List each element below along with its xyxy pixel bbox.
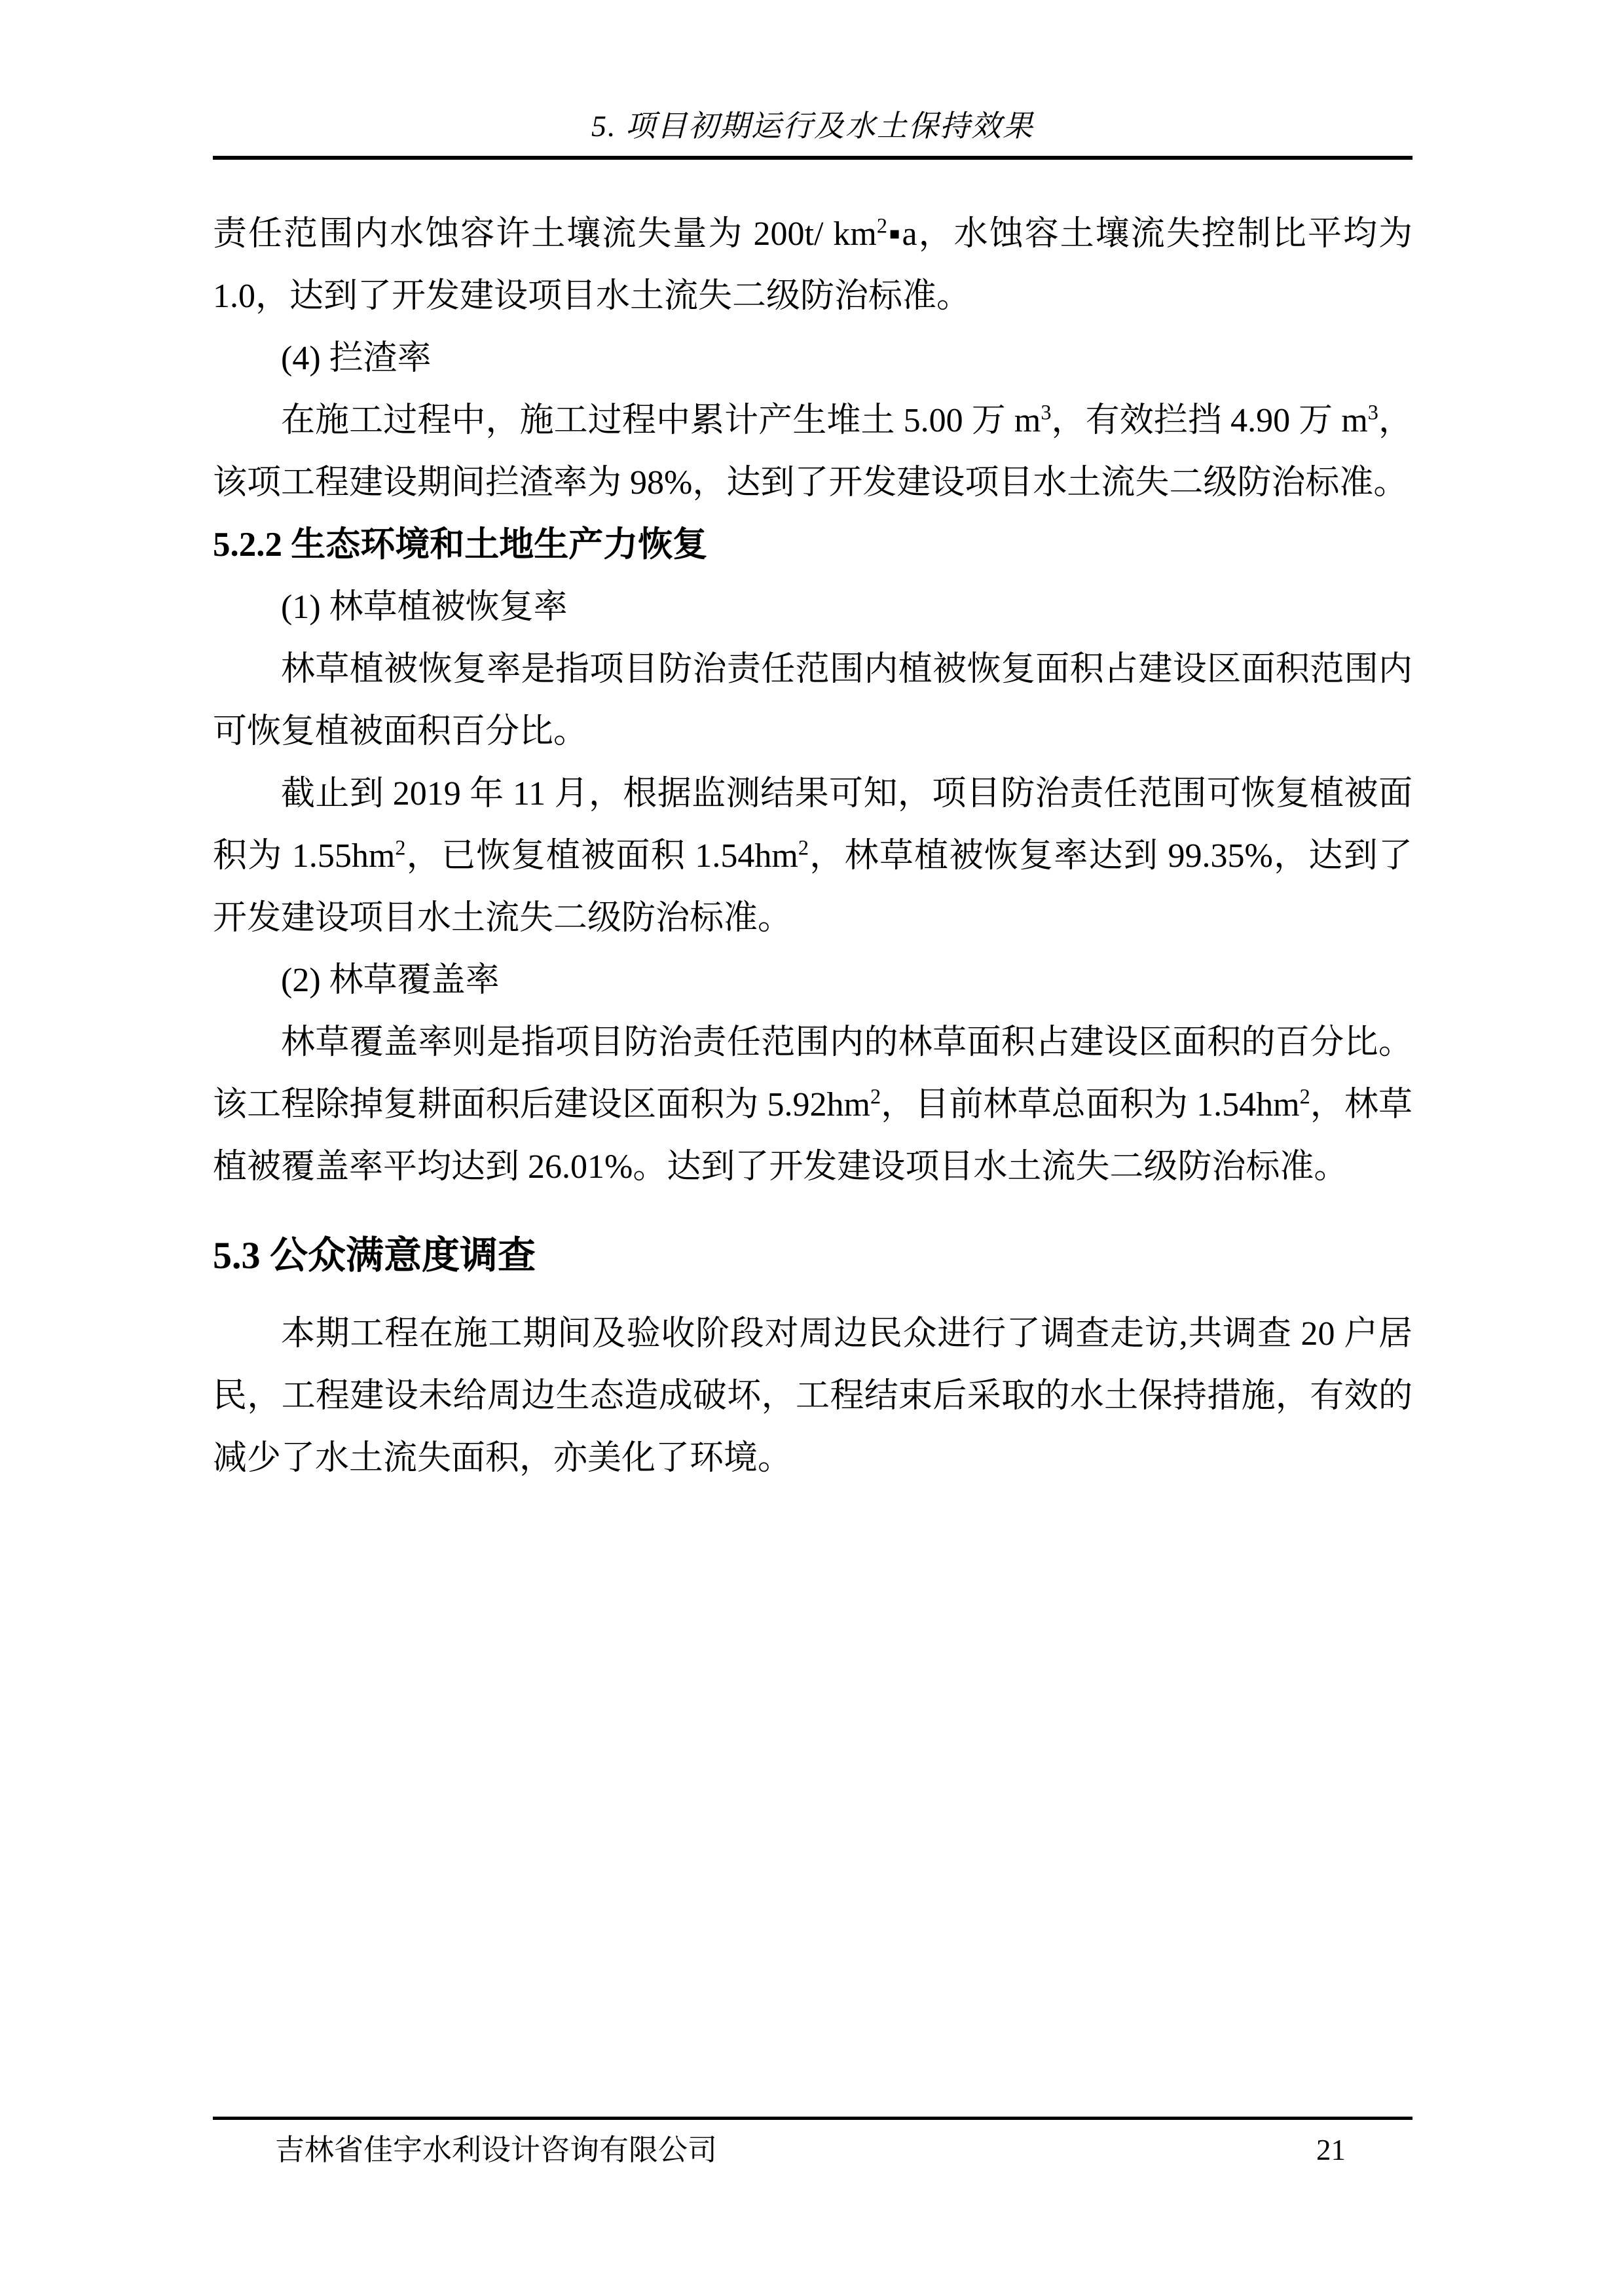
footer-company-name: 吉林省佳宇水利设计咨询有限公司 bbox=[213, 2130, 717, 2170]
page-header: 5. 项目初期运行及水土保持效果 bbox=[213, 0, 1412, 160]
section-heading-5-3: 5.3 公众满意度调查 bbox=[213, 1224, 1412, 1286]
paragraph-text: 责任范围内水蚀容许土壤流失量为 200t/ km bbox=[213, 215, 877, 253]
list-item-4-debris-retention: (4) 拦渣率 bbox=[213, 327, 1412, 390]
list-item-label: (2) 林草覆盖率 bbox=[281, 962, 500, 999]
document-page: 5. 项目初期运行及水土保持效果 责任范围内水蚀容许土壤流失量为 200t/ k… bbox=[0, 0, 1624, 2296]
paragraph-text: 林草植被恢复率是指项目防治责任范围内植被恢复面积占建设区面积范围内可恢复植被面积… bbox=[213, 651, 1412, 750]
paragraph-vegetation-recovery-definition: 林草植被恢复率是指项目防治责任范围内植被恢复面积占建设区面积范围内可恢复植被面积… bbox=[213, 638, 1412, 763]
superscript: 3 bbox=[1368, 401, 1378, 424]
superscript: 2 bbox=[395, 836, 405, 860]
paragraph-text: 本期工程在施工期间及验收阶段对周边民众进行了调查走访,共调查 20 户居民，工程… bbox=[213, 1315, 1412, 1477]
paragraph-soil-loss-control: 责任范围内水蚀容许土壤流失量为 200t/ km2▪a，水蚀容土壤流失控制比平均… bbox=[213, 203, 1412, 327]
paragraph-text: ，已恢复植被面积 1.54hm bbox=[405, 837, 798, 875]
superscript: 2 bbox=[870, 1085, 881, 1108]
paragraph-text: 在施工过程中，施工过程中累计产生堆土 5.00 万 m bbox=[281, 402, 1041, 439]
list-item-2-grass-coverage: (2) 林草覆盖率 bbox=[213, 949, 1412, 1011]
list-item-label: (4) 拦渣率 bbox=[281, 340, 432, 377]
superscript: 2 bbox=[798, 836, 809, 860]
document-body: 责任范围内水蚀容许土壤流失量为 200t/ km2▪a，水蚀容土壤流失控制比平均… bbox=[213, 160, 1412, 1489]
superscript: 2 bbox=[1300, 1085, 1310, 1108]
section-heading-5-2-2: 5.2.2 生态环境和土地生产力恢复 bbox=[213, 514, 1412, 576]
paragraph-debris-retention-rate: 在施工过程中，施工过程中累计产生堆土 5.00 万 m3，有效拦挡 4.90 万… bbox=[213, 390, 1412, 514]
list-item-1-vegetation-recovery: (1) 林草植被恢复率 bbox=[213, 576, 1412, 638]
paragraph-text: ，有效拦挡 4.90 万 m bbox=[1051, 402, 1367, 439]
superscript: 3 bbox=[1041, 401, 1051, 424]
paragraph-vegetation-recovery-result: 截止到 2019 年 11 月，根据监测结果可知，项目防治责任范围可恢复植被面积… bbox=[213, 763, 1412, 949]
footer-page-number: 21 bbox=[1316, 2130, 1412, 2170]
paragraph-public-survey: 本期工程在施工期间及验收阶段对周边民众进行了调查走访,共调查 20 户居民，工程… bbox=[213, 1303, 1412, 1489]
superscript: 2 bbox=[877, 214, 887, 238]
paragraph-text: ，目前林草总面积为 1.54hm bbox=[881, 1086, 1299, 1123]
page-footer: 吉林省佳宇水利设计咨询有限公司 21 bbox=[213, 2117, 1412, 2170]
chapter-title: 5. 项目初期运行及水土保持效果 bbox=[213, 102, 1412, 145]
paragraph-grass-coverage-result: 林草覆盖率则是指项目防治责任范围内的林草面积占建设区面积的百分比。该工程除掉复耕… bbox=[213, 1011, 1412, 1198]
list-item-label: (1) 林草植被恢复率 bbox=[281, 589, 568, 626]
